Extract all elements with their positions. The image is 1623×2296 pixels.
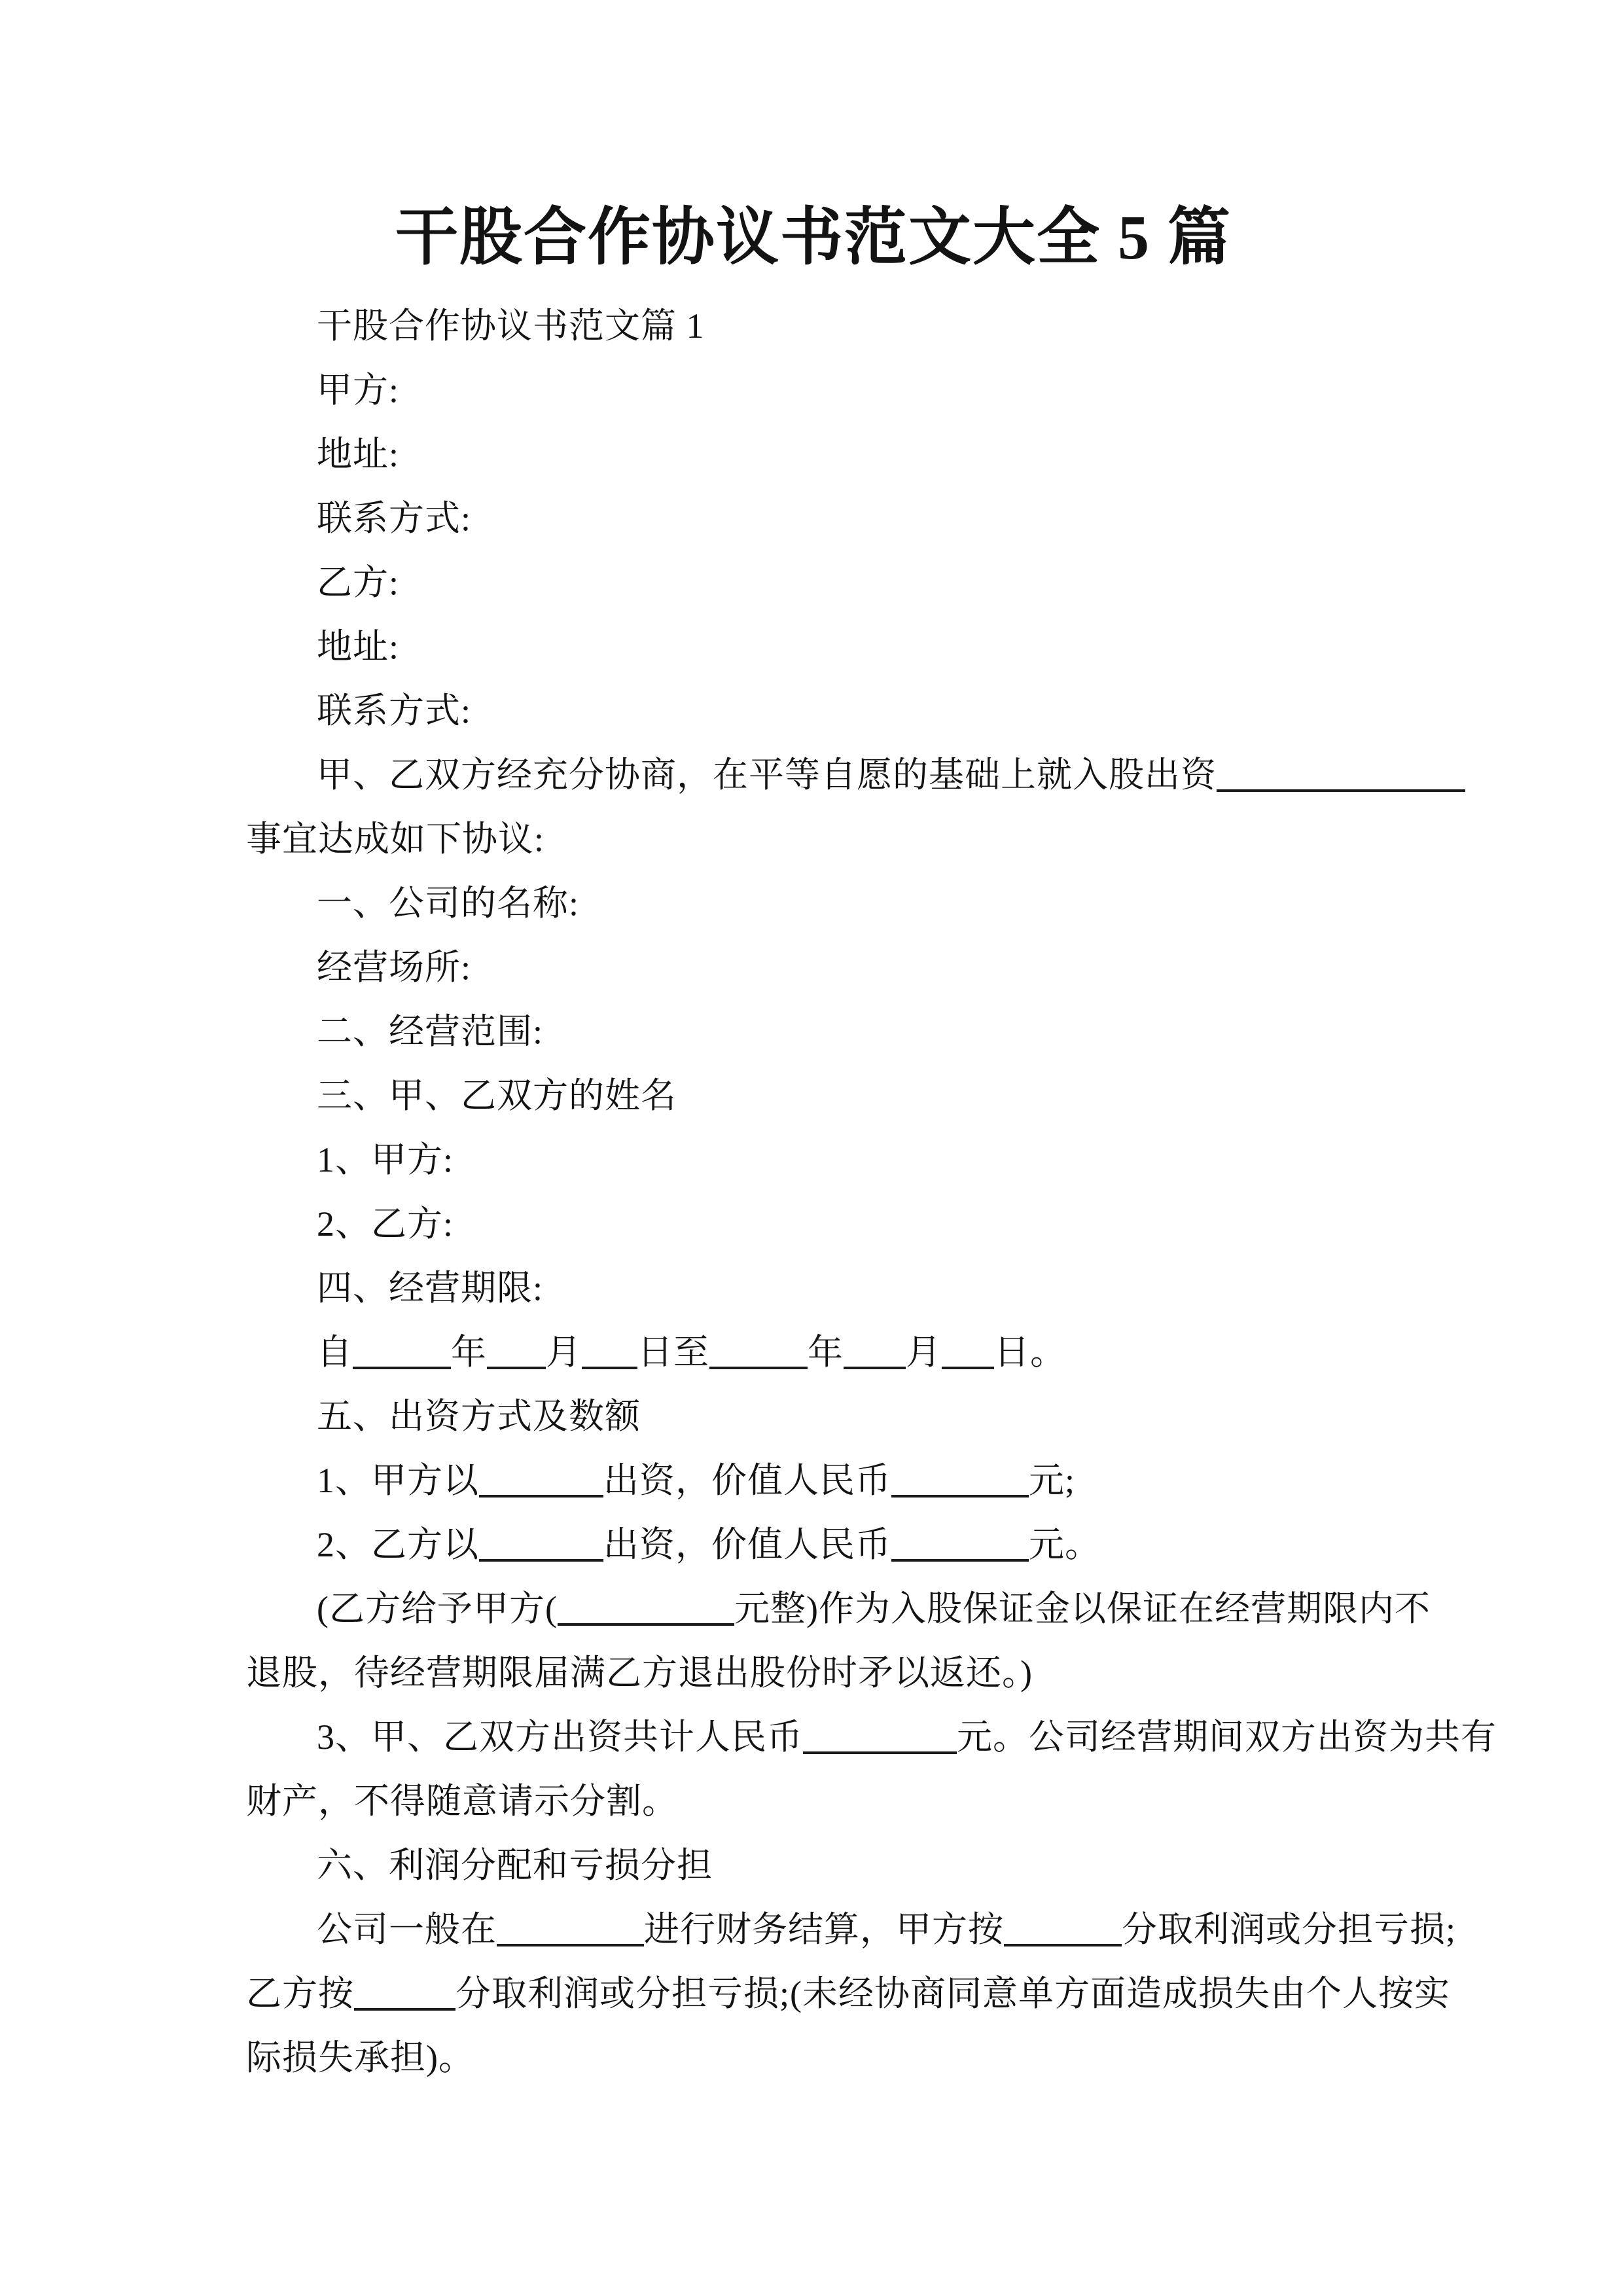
text-run: 甲、乙双方经充分协商，在平等自愿的基础上就入股出资: [317, 755, 1217, 795]
paragraph-line: 乙方:: [246, 550, 1381, 615]
fill-in-blank: [942, 1366, 994, 1369]
paragraph-line: 联系方式:: [246, 486, 1381, 550]
text-run: 2、乙方以: [317, 1525, 479, 1564]
paragraph-line: 经营场所:: [246, 935, 1381, 999]
text-run: 地址:: [317, 627, 399, 666]
paragraph-line: 2、乙方以出资，价值人民币元。: [246, 1513, 1381, 1577]
text-run: 进行财务结算，甲方按: [644, 1910, 1004, 1949]
text-run: 五、出资方式及数额: [317, 1397, 641, 1436]
text-run: 分取利润或分担亏损;(未经协商同意单方面造成损失由个人按实: [455, 1974, 1450, 2013]
text-run: 出资，价值人民币: [603, 1461, 891, 1500]
paragraph-line: 四、经营期限:: [246, 1256, 1381, 1320]
text-run: 地址:: [317, 435, 399, 474]
paragraph-line: 2、乙方:: [246, 1192, 1381, 1256]
paragraph-line: 自年月日至年月日。: [246, 1320, 1381, 1384]
text-run: 三、甲、乙双方的姓名: [317, 1076, 677, 1115]
fill-in-blank: [709, 1366, 808, 1369]
fill-in-blank: [1217, 789, 1465, 792]
text-run: 1、甲方:: [317, 1140, 454, 1179]
text-run: 月: [906, 1333, 942, 1372]
text-run: 元。公司经营期间双方出资为共有: [957, 1717, 1497, 1757]
text-run: 乙方按: [246, 1974, 354, 2013]
text-run: 日至: [637, 1333, 709, 1372]
text-run: 联系方式:: [317, 691, 471, 730]
fill-in-blank: [353, 1366, 451, 1369]
fill-in-blank: [582, 1366, 637, 1369]
text-run: 3、甲、乙双方出资共计人民币: [317, 1717, 803, 1757]
paragraph-line: 甲方:: [246, 358, 1381, 422]
paragraph-line: 六、利润分配和亏损分担: [246, 1833, 1381, 1897]
text-run: 二、经营范围:: [317, 1012, 543, 1051]
text-run: 月: [546, 1333, 582, 1372]
paragraph-line: 事宜达成如下协议:: [246, 807, 1381, 871]
text-run: 事宜达成如下协议:: [246, 819, 544, 859]
text-run: 干股合作协议书范文篇 1: [317, 306, 705, 346]
text-run: (乙方给予甲方(: [317, 1589, 558, 1628]
paragraph-line: 财产，不得随意请示分割。: [246, 1769, 1381, 1833]
text-run: 元;: [1029, 1461, 1075, 1500]
fill-in-blank: [497, 1943, 644, 1946]
fill-in-blank: [1004, 1943, 1122, 1946]
fill-in-blank: [354, 2007, 455, 2011]
fill-in-blank: [479, 1558, 603, 1562]
text-run: 联系方式:: [317, 499, 471, 538]
fill-in-blank: [558, 1623, 734, 1626]
paragraph-line: 联系方式:: [246, 679, 1381, 743]
paragraph-line: 地址:: [246, 615, 1381, 679]
text-run: 分取利润或分担亏损;: [1122, 1910, 1456, 1949]
fill-in-blank: [844, 1366, 906, 1369]
paragraph-line: (乙方给予甲方(元整)作为入股保证金以保证在经营期限内不: [246, 1577, 1381, 1641]
text-run: 2、乙方:: [317, 1204, 454, 1244]
text-run: 日。: [994, 1333, 1066, 1372]
paragraph-line: 干股合作协议书范文篇 1: [246, 294, 1381, 358]
text-run: 自: [317, 1333, 353, 1372]
document-body: 干股合作协议书范文篇 1甲方:地址:联系方式:乙方:地址:联系方式:甲、乙双方经…: [246, 294, 1381, 2090]
fill-in-blank: [891, 1558, 1029, 1562]
text-run: 出资，价值人民币: [603, 1525, 891, 1564]
document-title: 干股合作协议书范文大全 5 篇: [246, 196, 1381, 278]
paragraph-line: 一、公司的名称:: [246, 871, 1381, 935]
text-run: 年: [451, 1333, 487, 1372]
text-run: 一、公司的名称:: [317, 884, 579, 923]
text-run: 元。: [1029, 1525, 1101, 1564]
text-run: 公司一般在: [317, 1910, 497, 1949]
text-run: 经营场所:: [317, 948, 471, 987]
paragraph-line: 三、甲、乙双方的姓名: [246, 1064, 1381, 1128]
paragraph-line: 退股，待经营期限届满乙方退出股份时矛以返还。): [246, 1641, 1381, 1705]
paragraph-line: 1、甲方以出资，价值人民币元;: [246, 1448, 1381, 1513]
text-run: 年: [808, 1333, 844, 1372]
fill-in-blank: [891, 1494, 1029, 1498]
text-run: 乙方:: [317, 563, 399, 602]
fill-in-blank: [479, 1494, 603, 1498]
paragraph-line: 二、经营范围:: [246, 999, 1381, 1064]
document-page: 干股合作协议书范文大全 5 篇 干股合作协议书范文篇 1甲方:地址:联系方式:乙…: [0, 0, 1623, 2296]
text-run: 六、利润分配和亏损分担: [317, 1846, 713, 1885]
text-run: 1、甲方以: [317, 1461, 479, 1500]
paragraph-line: 甲、乙双方经充分协商，在平等自愿的基础上就入股出资: [246, 743, 1381, 807]
text-run: 退股，待经营期限届满乙方退出股份时矛以返还。): [246, 1653, 1033, 1693]
document-content: 干股合作协议书范文大全 5 篇 干股合作协议书范文篇 1甲方:地址:联系方式:乙…: [0, 0, 1623, 2090]
paragraph-line: 公司一般在进行财务结算，甲方按分取利润或分担亏损;: [246, 1897, 1381, 1962]
paragraph-line: 地址:: [246, 422, 1381, 486]
paragraph-line: 乙方按分取利润或分担亏损;(未经协商同意单方面造成损失由个人按实: [246, 1962, 1381, 2026]
text-run: 四、经营期限:: [317, 1268, 543, 1308]
paragraph-line: 1、甲方:: [246, 1128, 1381, 1192]
paragraph-line: 际损失承担)。: [246, 2026, 1381, 2090]
text-run: 际损失承担)。: [246, 2038, 474, 2077]
paragraph-line: 3、甲、乙双方出资共计人民币元。公司经营期间双方出资为共有: [246, 1705, 1381, 1769]
fill-in-blank: [487, 1366, 546, 1369]
text-run: 元整)作为入股保证金以保证在经营期限内不: [734, 1589, 1431, 1628]
fill-in-blank: [803, 1751, 957, 1754]
text-run: 财产，不得随意请示分割。: [246, 1782, 678, 1821]
text-run: 甲方:: [317, 370, 399, 410]
paragraph-line: 五、出资方式及数额: [246, 1384, 1381, 1448]
